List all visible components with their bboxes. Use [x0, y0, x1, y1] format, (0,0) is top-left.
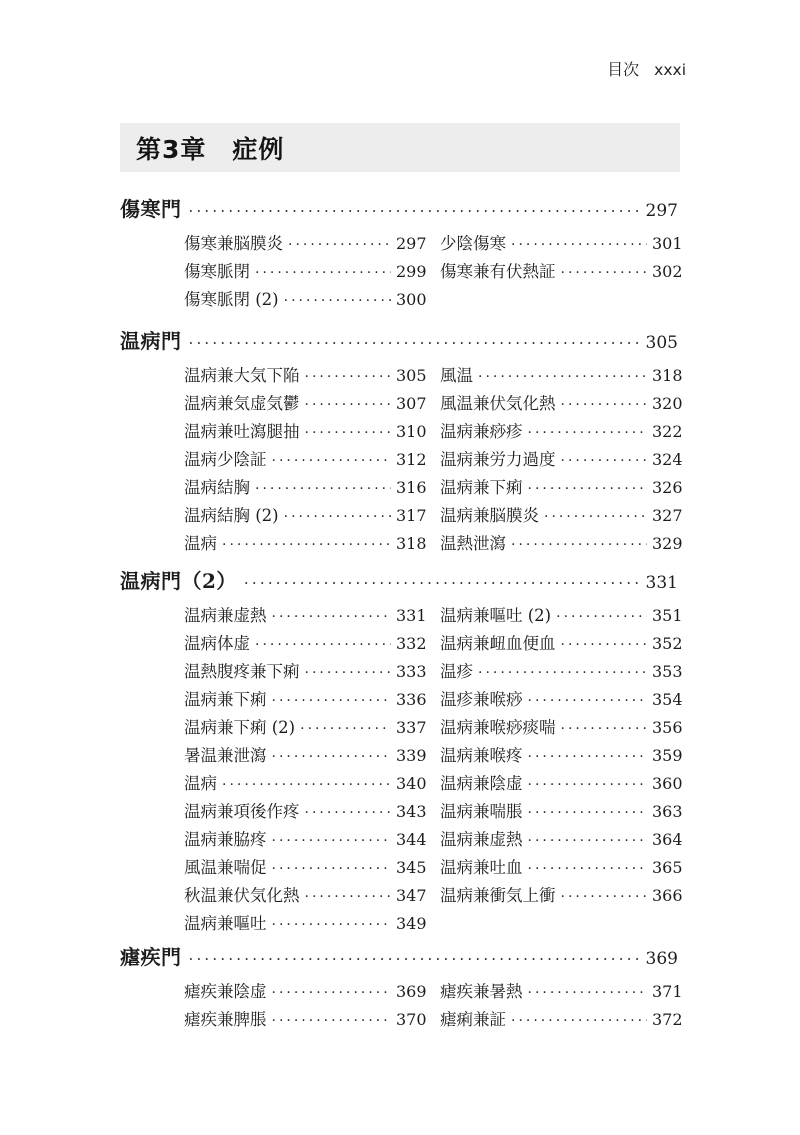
toc-entry: 温病兼労力過度 324: [440, 446, 680, 474]
entry-title: 温病兼吐瀉腿抽: [184, 418, 300, 446]
entry-page-number: 340: [396, 770, 424, 798]
dot-leader: [511, 230, 647, 259]
chapter-heading-bar: 第3章 症例: [120, 123, 680, 172]
toc-entry: 温病兼気虚気鬱 307: [184, 390, 424, 418]
section-title: 温病門: [120, 328, 182, 354]
entry-title: 温病兼喉疼: [440, 742, 523, 770]
toc-entry: 温病結胸 316: [184, 474, 424, 502]
dot-leader: [561, 258, 648, 287]
entry-title: 温病兼項後作疼: [184, 798, 300, 826]
entry-title: 温疹: [440, 658, 473, 686]
dot-leader: [272, 854, 392, 883]
entry-title: 温熱腹疼兼下痢: [184, 658, 300, 686]
toc-entry: 温疹 353: [440, 658, 680, 686]
toc-entry: 傷寒脈閉 (2) 300: [184, 286, 424, 314]
dot-leader: [272, 1006, 392, 1035]
dot-leader: [244, 570, 639, 596]
toc-section-onbyomon-2: 温病門（2） 331 温病兼虚熱 331 温病体虚 332: [120, 568, 680, 938]
entry-page-number: 349: [396, 910, 424, 938]
entry-page-number: 322: [652, 418, 680, 446]
dot-leader: [528, 474, 648, 503]
toc-entry: 温病兼衄血便血 352: [440, 630, 680, 658]
toc-entry: 温病兼大気下陥 305: [184, 362, 424, 390]
entry-title: 少陰傷寒: [440, 230, 506, 258]
toc-entry: 温病兼陰虚 360: [440, 770, 680, 798]
running-head-title: 目次: [607, 57, 639, 80]
dot-leader: [272, 826, 392, 855]
entry-title: 温病兼下痢 (2): [184, 714, 295, 742]
entry-page-number: 370: [396, 1006, 424, 1034]
toc-entry: 温病兼虚熱 364: [440, 826, 680, 854]
section-page-number: 369: [646, 946, 678, 972]
section-page-number: 331: [646, 570, 678, 596]
entry-page-number: 353: [652, 658, 680, 686]
dot-leader: [272, 686, 392, 715]
dot-leader: [284, 286, 391, 315]
toc-entry: 温病兼喉痧痰喘 356: [440, 714, 680, 742]
entry-page-number: 301: [652, 230, 680, 258]
entry-title: 温病少陰証: [184, 446, 267, 474]
entry-page-number: 326: [652, 474, 680, 502]
entry-title: 温病兼嘔吐: [184, 910, 267, 938]
toc-section-onbyomon: 温病門 305 温病兼大気下陥 305 温病兼気虚気鬱 307: [120, 328, 680, 558]
toc-entry: 温病兼喉疼 359: [440, 742, 680, 770]
entry-columns: 瘧疾兼陰虚 369 瘧疾兼脾脹 370 瘧疾兼暑熱: [184, 978, 680, 1034]
toc-entry: 温病結胸 (2) 317: [184, 502, 424, 530]
entry-title: 温熱泄瀉: [440, 530, 506, 558]
entry-column-left: 温病兼大気下陥 305 温病兼気虚気鬱 307 温病兼吐瀉腿抽 310: [184, 362, 424, 558]
entry-title: 温病兼痧疹: [440, 418, 523, 446]
section-header: 温病門（2） 331: [120, 568, 680, 596]
toc-entry: 風温兼喘促 345: [184, 854, 424, 882]
entry-page-number: 305: [396, 362, 424, 390]
toc-entry: 温病兼下痢 326: [440, 474, 680, 502]
toc-entry: 温病兼痧疹 322: [440, 418, 680, 446]
toc-entry: 温病兼下痢 (2) 337: [184, 714, 424, 742]
section-title: 傷寒門: [120, 196, 182, 222]
toc-entry: 風温 318: [440, 362, 680, 390]
entry-column-left: 傷寒兼脳膜炎 297 傷寒脈閉 299 傷寒脈閉 (2) 300: [184, 230, 424, 314]
dot-leader: [189, 198, 639, 224]
toc-entry: 温病少陰証 312: [184, 446, 424, 474]
entry-title: 温病体虚: [184, 630, 250, 658]
dot-leader: [255, 258, 391, 287]
entry-page-number: 327: [652, 502, 680, 530]
toc-section-shokanmon: 傷寒門 297 傷寒兼脳膜炎 297 傷寒脈閉 299: [120, 196, 680, 314]
toc-entry: 風温兼伏気化熱 320: [440, 390, 680, 418]
entry-page-number: 365: [652, 854, 680, 882]
toc-entry: 温病兼喘脹 363: [440, 798, 680, 826]
dot-leader: [255, 630, 391, 659]
entry-title: 温病: [184, 530, 217, 558]
dot-leader: [284, 502, 391, 531]
chapter-title: 第3章 症例: [136, 130, 284, 166]
dot-leader: [272, 978, 392, 1007]
entry-page-number: 366: [652, 882, 680, 910]
toc-entry: 秋温兼伏気化熱 347: [184, 882, 424, 910]
entry-title: 温病兼労力過度: [440, 446, 556, 474]
dot-leader: [561, 630, 648, 659]
entry-page-number: 329: [652, 530, 680, 558]
entry-title: 風温兼喘促: [184, 854, 267, 882]
entry-page-number: 351: [652, 602, 680, 630]
toc-entry: 温病兼下痢 336: [184, 686, 424, 714]
dot-leader: [561, 390, 648, 419]
entry-title: 傷寒兼脳膜炎: [184, 230, 283, 258]
dot-leader: [272, 602, 392, 631]
toc-entry: 温病兼項後作疼 343: [184, 798, 424, 826]
entry-page-number: 363: [652, 798, 680, 826]
entry-page-number: 316: [396, 474, 424, 502]
entry-page-number: 369: [396, 978, 424, 1006]
running-head-folio: xxxi: [654, 61, 686, 79]
entry-page-number: 371: [652, 978, 680, 1006]
entry-column-left: 瘧疾兼陰虚 369 瘧疾兼脾脹 370: [184, 978, 424, 1034]
entry-title: 温病兼喘脹: [440, 798, 523, 826]
dot-leader: [528, 418, 648, 447]
dot-leader: [511, 530, 647, 559]
dot-leader: [272, 910, 392, 939]
toc-entry: 温病兼衝気上衝 366: [440, 882, 680, 910]
entry-page-number: 336: [396, 686, 424, 714]
toc-entry: 傷寒兼脳膜炎 297: [184, 230, 424, 258]
toc-entry: 温病兼嘔吐 (2) 351: [440, 602, 680, 630]
entry-title: 温疹兼喉痧: [440, 686, 523, 714]
entry-title: 温病兼陰虚: [440, 770, 523, 798]
entry-title: 瘧疾兼暑熱: [440, 978, 523, 1006]
toc-entry: 温病兼吐血 365: [440, 854, 680, 882]
dot-leader: [561, 446, 648, 475]
entry-title: 温病結胸 (2): [184, 502, 279, 530]
entry-page-number: 343: [396, 798, 424, 826]
entry-page-number: 354: [652, 686, 680, 714]
dot-leader: [528, 770, 648, 799]
entry-title: 温病兼虚熱: [184, 602, 267, 630]
section-header: 温病門 305: [120, 328, 680, 356]
entry-title: 温病兼下痢: [440, 474, 523, 502]
entry-title: 瘧痢兼証: [440, 1006, 506, 1034]
entry-page-number: 331: [396, 602, 424, 630]
dot-leader: [189, 330, 639, 356]
entry-page-number: 364: [652, 826, 680, 854]
toc-entry: 温病 318: [184, 530, 424, 558]
entry-title: 温病兼大気下陥: [184, 362, 300, 390]
dot-leader: [272, 446, 392, 475]
toc-entry: 温熱腹疼兼下痢 333: [184, 658, 424, 686]
toc-entry: 傷寒兼有伏熱証 302: [440, 258, 680, 286]
toc-entry: 温病 340: [184, 770, 424, 798]
entry-column-right: 少陰傷寒 301 傷寒兼有伏熱証 302: [440, 230, 680, 314]
dot-leader: [478, 658, 647, 687]
entry-title: 温病兼下痢: [184, 686, 267, 714]
entry-page-number: 307: [396, 390, 424, 418]
toc-entry: 温病兼虚熱 331: [184, 602, 424, 630]
entry-page-number: 297: [396, 230, 424, 258]
dot-leader: [288, 230, 391, 259]
entry-page-number: 302: [652, 258, 680, 286]
entry-column-right: 風温 318 風温兼伏気化熱 320 温病兼痧疹 322: [440, 362, 680, 558]
entry-page-number: 359: [652, 742, 680, 770]
dot-leader: [305, 798, 392, 827]
section-title: 温病門（2）: [120, 568, 237, 594]
entry-column-left: 温病兼虚熱 331 温病体虚 332 温熱腹疼兼下痢 333: [184, 602, 424, 938]
dot-leader: [511, 1006, 647, 1035]
entry-title: 秋温兼伏気化熱: [184, 882, 300, 910]
entry-page-number: 352: [652, 630, 680, 658]
entry-page-number: 324: [652, 446, 680, 474]
section-header: 瘧疾門 369: [120, 944, 680, 972]
dot-leader: [478, 362, 647, 391]
dot-leader: [272, 742, 392, 771]
entry-page-number: 344: [396, 826, 424, 854]
dot-leader: [305, 658, 392, 687]
entry-title: 瘧疾兼脾脹: [184, 1006, 267, 1034]
dot-leader: [305, 418, 392, 447]
toc-entry: 温病兼脳膜炎 327: [440, 502, 680, 530]
dot-leader: [189, 946, 639, 972]
dot-leader: [305, 390, 392, 419]
toc-page: 目次 xxxi 第3章 症例 傷寒門 297 傷寒兼脳膜炎 297: [0, 0, 800, 1135]
dot-leader: [561, 714, 648, 743]
entry-page-number: 300: [396, 286, 424, 314]
entry-page-number: 318: [396, 530, 424, 558]
entry-title: 傷寒脈閉: [184, 258, 250, 286]
dot-leader: [305, 882, 392, 911]
entry-page-number: 320: [652, 390, 680, 418]
entry-columns: 温病兼虚熱 331 温病体虚 332 温熱腹疼兼下痢 333: [184, 602, 680, 938]
entry-title: 風温兼伏気化熱: [440, 390, 556, 418]
entry-page-number: 312: [396, 446, 424, 474]
dot-leader: [305, 362, 392, 391]
toc-entry: 瘧痢兼証 372: [440, 1006, 680, 1034]
toc-entry: 温疹兼喉痧 354: [440, 686, 680, 714]
dot-leader: [300, 714, 391, 743]
entry-title: 温病兼吐血: [440, 854, 523, 882]
entry-page-number: 310: [396, 418, 424, 446]
entry-title: 温病兼嘔吐 (2): [440, 602, 551, 630]
entry-page-number: 337: [396, 714, 424, 742]
toc-entry: 瘧疾兼脾脹 370: [184, 1006, 424, 1034]
entry-title: 風温: [440, 362, 473, 390]
toc-entry: 温熱泄瀉 329: [440, 530, 680, 558]
entry-page-number: 360: [652, 770, 680, 798]
entry-page-number: 372: [652, 1006, 680, 1034]
toc-section-gyakushitsumon: 瘧疾門 369 瘧疾兼陰虚 369 瘧疾兼脾脹 370: [120, 944, 680, 1034]
entry-title: 温病兼衝気上衝: [440, 882, 556, 910]
dot-leader: [528, 826, 648, 855]
entry-title: 温病兼脇疼: [184, 826, 267, 854]
toc-entry: 瘧疾兼暑熱 371: [440, 978, 680, 1006]
dot-leader: [561, 882, 648, 911]
entry-title: 温病兼衄血便血: [440, 630, 556, 658]
toc-entry: 暑温兼泄瀉 339: [184, 742, 424, 770]
entry-title: 温病兼虚熱: [440, 826, 523, 854]
entry-page-number: 333: [396, 658, 424, 686]
entry-page-number: 345: [396, 854, 424, 882]
dot-leader: [528, 686, 648, 715]
toc-entry: 傷寒脈閉 299: [184, 258, 424, 286]
entry-column-right: 瘧疾兼暑熱 371 瘧痢兼証 372: [440, 978, 680, 1034]
dot-leader: [255, 474, 391, 503]
entry-title: 暑温兼泄瀉: [184, 742, 267, 770]
section-title: 瘧疾門: [120, 944, 182, 970]
entry-columns: 温病兼大気下陥 305 温病兼気虚気鬱 307 温病兼吐瀉腿抽 310: [184, 362, 680, 558]
dot-leader: [544, 502, 647, 531]
dot-leader: [528, 978, 648, 1007]
running-head: 目次 xxxi: [607, 57, 686, 80]
entry-page-number: 347: [396, 882, 424, 910]
entry-title: 傷寒脈閉 (2): [184, 286, 279, 314]
entry-page-number: 332: [396, 630, 424, 658]
dot-leader: [556, 602, 647, 631]
toc-entry: 温病兼嘔吐 349: [184, 910, 424, 938]
entry-page-number: 356: [652, 714, 680, 742]
entry-column-right: 温病兼嘔吐 (2) 351 温病兼衄血便血 352 温疹 353: [440, 602, 680, 938]
entry-page-number: 299: [396, 258, 424, 286]
entry-title: 温病兼喉痧痰喘: [440, 714, 556, 742]
toc-entry: 少陰傷寒 301: [440, 230, 680, 258]
section-page-number: 297: [646, 198, 678, 224]
entry-columns: 傷寒兼脳膜炎 297 傷寒脈閉 299 傷寒脈閉 (2) 300: [184, 230, 680, 314]
toc-entry: 温病兼吐瀉腿抽 310: [184, 418, 424, 446]
entry-title: 温病兼気虚気鬱: [184, 390, 300, 418]
section-header: 傷寒門 297: [120, 196, 680, 224]
entry-title: 瘧疾兼陰虚: [184, 978, 267, 1006]
dot-leader: [528, 798, 648, 827]
toc-entry: 温病体虚 332: [184, 630, 424, 658]
section-page-number: 305: [646, 330, 678, 356]
entry-title: 温病: [184, 770, 217, 798]
entry-title: 温病兼脳膜炎: [440, 502, 539, 530]
dot-leader: [222, 530, 391, 559]
toc-entry: 瘧疾兼陰虚 369: [184, 978, 424, 1006]
entry-page-number: 318: [652, 362, 680, 390]
dot-leader: [222, 770, 391, 799]
toc-entry: 温病兼脇疼 344: [184, 826, 424, 854]
dot-leader: [528, 854, 648, 883]
entry-title: 傷寒兼有伏熱証: [440, 258, 556, 286]
entry-page-number: 339: [396, 742, 424, 770]
entry-page-number: 317: [396, 502, 424, 530]
dot-leader: [528, 742, 648, 771]
entry-title: 温病結胸: [184, 474, 250, 502]
